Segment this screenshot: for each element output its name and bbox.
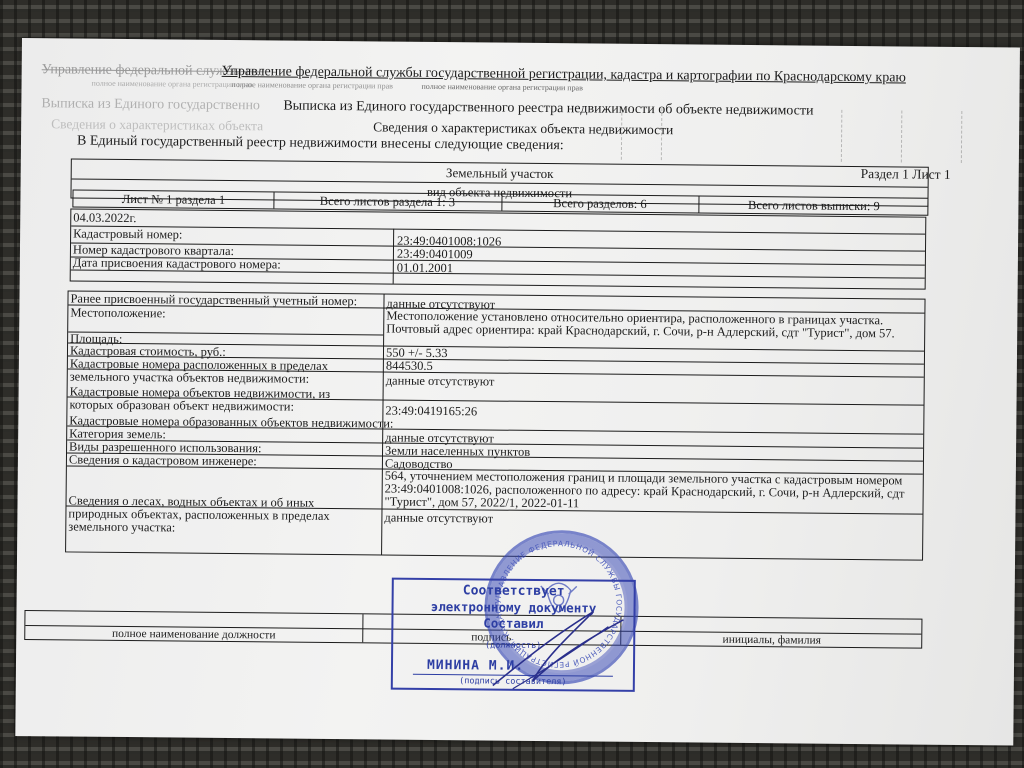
conformity-stamp: Соответствует электронному документу Сос…	[391, 578, 636, 692]
document-subtitle: Сведения о характеристиках объекта недви…	[373, 119, 673, 138]
contained-objects-label: Кадастровые номера расположенных в преде…	[70, 357, 375, 386]
handwritten-signature-icon	[483, 600, 634, 691]
sections-total: Всего разделов: 6	[501, 197, 698, 212]
section-sheets-total: Всего листов раздела 1: 3	[273, 194, 501, 209]
org-subcaption-ghost-2: полное наименование органа регистрации п…	[232, 80, 393, 91]
row-divider	[71, 225, 925, 234]
bleed-through-line	[901, 110, 902, 162]
extract-sheets-total: Всего листов выписки: 9	[698, 199, 929, 214]
contained-objects-value: данные отсутствуют	[386, 375, 495, 389]
cadastral-value-value: 844530.5	[386, 360, 433, 373]
position-caption: полное наименование должности	[25, 627, 362, 643]
document-title: Выписка из Единого государственного реес…	[283, 99, 813, 120]
extract-date: 04.03.2022г.	[73, 212, 136, 226]
org-subcaption-ghost: полное наименование органа регистрации п…	[92, 79, 253, 90]
natural-objects-value: данные отсутствуют	[384, 512, 493, 526]
assignment-date-value: 01.01.2001	[397, 262, 453, 276]
row-divider	[71, 269, 925, 278]
location-label: Местоположение:	[70, 306, 165, 320]
name-caption: инициалы, фамилия	[620, 633, 923, 649]
natural-objects-label: Сведения о лесах, водных объектах и об и…	[68, 494, 373, 536]
cadastral-number-label: Кадастровый номер:	[73, 228, 182, 242]
document-page: Управление федеральной службы гос Управл…	[15, 38, 1020, 746]
assignment-date-label: Дата присвоения кадастрового номера:	[73, 256, 281, 271]
location-value: Местоположение установлено относительно …	[386, 310, 921, 341]
identity-table: 04.03.2022г. Кадастровый номер: 23:49:04…	[70, 208, 927, 289]
bleed-through-line	[961, 111, 962, 163]
subtitle-ghost: Сведения о характеристиках объекта	[51, 116, 263, 134]
engineer-label: Сведения о кадастровом инженере:	[69, 453, 257, 468]
stamp-line-1: Соответствует	[394, 583, 634, 600]
sheet-number: Лист № 1 раздела 1	[73, 193, 273, 208]
col-divider	[393, 229, 395, 284]
bleed-through-line	[841, 110, 842, 162]
title-ghost: Выписка из Единого государственно	[41, 96, 260, 114]
details-table: Ранее присвоенный государственный учетны…	[65, 290, 925, 560]
intro-text: В Единый государственный реестр недвижим…	[77, 134, 564, 155]
quarter-number-value: 23:49:0401009	[397, 248, 473, 262]
source-objects-value: 23:49:0419165:26	[385, 405, 477, 419]
engineer-value: 564, уточнением местоположения границ и …	[385, 470, 920, 514]
org-subcaption: полное наименование органа регистрации п…	[422, 82, 583, 93]
source-objects-label: Кадастровые номера объектов недвижимости…	[69, 385, 374, 414]
